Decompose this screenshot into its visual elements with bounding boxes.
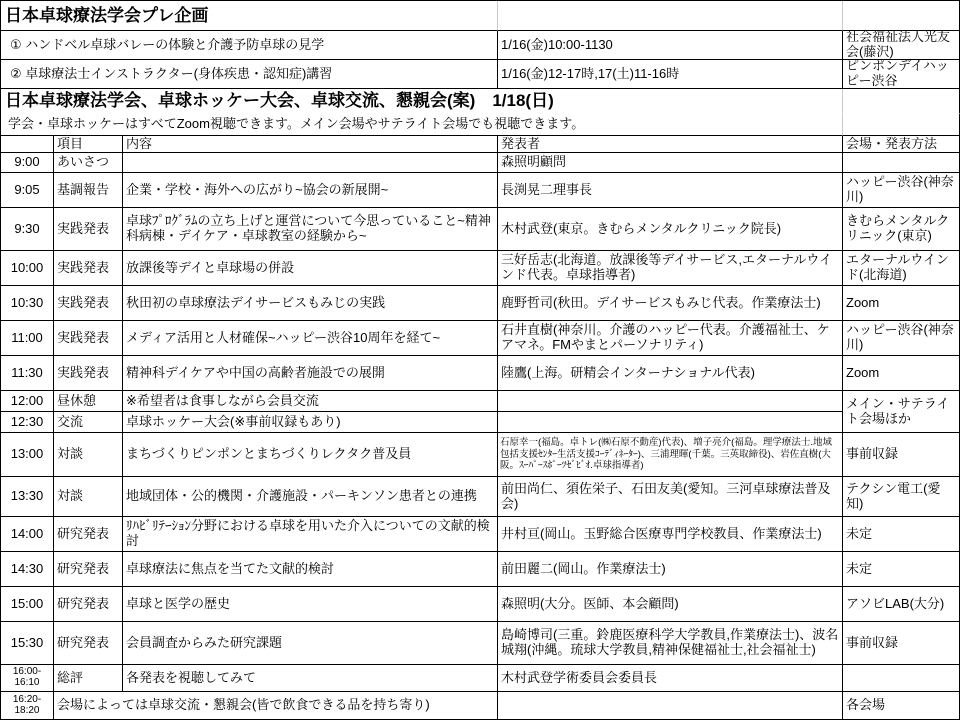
venue-cell: エターナルウインド(北海道) xyxy=(843,251,960,286)
pre-item-content: ② 卓球療法士インストラクター(身体疾患・認知症)講習 xyxy=(1,60,498,89)
pre-item-venue: ピンポンデイハッピー渋谷 xyxy=(843,60,960,89)
item-cell: 実践発表 xyxy=(54,208,123,251)
venue-cell: 各会場 xyxy=(843,692,960,720)
content-cell: 精神科デイケアや中国の高齢者施設での展開 xyxy=(123,356,498,391)
venue-cell: きむらメンタルクリニック(東京) xyxy=(843,208,960,251)
time-cell: 14:00 xyxy=(1,517,54,552)
item-cell: 研究発表 xyxy=(54,552,123,587)
presenter-cell: 森照明顧問 xyxy=(498,153,843,173)
item-cell: 実践発表 xyxy=(54,321,123,356)
time-cell: 9:00 xyxy=(1,153,54,173)
content-cell: 卓球ﾌﾟﾛｸﾞﾗﾑの立ち上げと運営について今思っていること~精神科病棟・デイケア… xyxy=(123,208,498,251)
venue-cell xyxy=(843,153,960,173)
venue-cell: Zoom xyxy=(843,286,960,321)
item-cell: 実践発表 xyxy=(54,251,123,286)
pre-title-spacer-1 xyxy=(498,1,843,31)
time-cell: 9:30 xyxy=(1,208,54,251)
content-cell: ※希望者は食事しながら会員交流 xyxy=(123,391,498,412)
venue-cell: アソビLAB(大分) xyxy=(843,587,960,622)
schedule-sheet: 日本卓球療法学会プレ企画 ① ハンドベル卓球バレーの体験と介護予防卓球の見学 1… xyxy=(0,0,960,720)
content-cell: 卓球と医学の歴史 xyxy=(123,587,498,622)
venue-cell: テクシン電工(愛知) xyxy=(843,477,960,517)
venue-cell-merged: メイン・サテライト会場ほか xyxy=(843,391,960,433)
presenter-cell: 島崎博司(三重。鈴鹿医療科学大学教員,作業療法士)、波名城翔(沖縄。琉球大学教員… xyxy=(498,622,843,665)
pre-program-title: 日本卓球療法学会プレ企画 xyxy=(1,1,498,31)
time-cell: 14:30 xyxy=(1,552,54,587)
presenter-cell: 前田麗二(岡山。作業療法士) xyxy=(498,552,843,587)
pre-item-content: ① ハンドベル卓球バレーの体験と介護予防卓球の見学 xyxy=(1,31,498,60)
content-cell: 放課後等デイと卓球場の併設 xyxy=(123,251,498,286)
presenter-cell: 陸鷹(上海。研精会インターナショナル代表) xyxy=(498,356,843,391)
content-cell: 卓球療法に焦点を当てた文献的検討 xyxy=(123,552,498,587)
content-cell-merged: 会場によっては卓球交流・懇親会(皆で飲食できる品を持ち寄り) xyxy=(54,692,498,720)
item-cell: 対談 xyxy=(54,477,123,517)
venue-cell xyxy=(843,665,960,692)
pre-item-schedule: 1/16(金)10:00-1130 xyxy=(498,31,843,60)
time-cell: 12:30 xyxy=(1,412,54,433)
content-cell: 企業・学校・海外への広がり~協会の新展開~ xyxy=(123,173,498,208)
presenter-cell: 井村亘(岡山。玉野総合医療専門学校教員、作業療法士) xyxy=(498,517,843,552)
note-spacer xyxy=(843,114,960,136)
presenter-cell: 石原幸一(福島。卓トレ(㈱石原不動産)代表)、増子亮介(福島。理学療法士.地域包… xyxy=(498,433,843,477)
time-cell: 13:00 xyxy=(1,433,54,477)
content-cell xyxy=(123,153,498,173)
presenter-cell: 前田尚仁、須佐栄子、石田友美(愛知。三河卓球療法普及会) xyxy=(498,477,843,517)
item-cell: あいさつ xyxy=(54,153,123,173)
time-cell: 13:30 xyxy=(1,477,54,517)
column-header-time xyxy=(1,136,54,153)
column-header-presenter: 発表者 xyxy=(498,136,843,153)
item-cell: 総評 xyxy=(54,665,123,692)
pre-item-venue: 社会福祉法人光友会(藤沢) xyxy=(843,31,960,60)
content-cell: 各発表を視聴してみて xyxy=(123,665,498,692)
main-event-title: 日本卓球療法学会、卓球ホッケー大会、卓球交流、懇親会(案) 1/18(日) xyxy=(1,89,843,114)
venue-cell: ハッピー渋谷(神奈川) xyxy=(843,173,960,208)
time-cell: 10:00 xyxy=(1,251,54,286)
item-cell: 交流 xyxy=(54,412,123,433)
content-cell: メディア活用と人材確保~ハッピー渋谷10周年を経て~ xyxy=(123,321,498,356)
item-cell: 研究発表 xyxy=(54,622,123,665)
presenter-cell xyxy=(498,692,843,720)
item-cell: 実践発表 xyxy=(54,286,123,321)
time-cell: 11:30 xyxy=(1,356,54,391)
column-header-venue: 会場・発表方法 xyxy=(843,136,960,153)
venue-cell: ハッピー渋谷(神奈川) xyxy=(843,321,960,356)
presenter-cell: 森照明(大分。医師、本会顧問) xyxy=(498,587,843,622)
item-cell: 研究発表 xyxy=(54,587,123,622)
pre-title-spacer-2 xyxy=(843,1,960,31)
time-cell: 15:00 xyxy=(1,587,54,622)
item-cell: 対談 xyxy=(54,433,123,477)
content-cell: 地域団体・公的機関・介護施設・パーキンソン患者との連携 xyxy=(123,477,498,517)
content-cell: 会員調査からみた研究課題 xyxy=(123,622,498,665)
venue-cell: 事前収録 xyxy=(843,433,960,477)
item-cell: 研究発表 xyxy=(54,517,123,552)
column-header-content: 内容 xyxy=(123,136,498,153)
main-title-spacer xyxy=(843,89,960,114)
presenter-cell: 鹿野哲司(秋田。デイサービスもみじ代表。作業療法士) xyxy=(498,286,843,321)
item-cell: 基調報告 xyxy=(54,173,123,208)
venue-cell: 未定 xyxy=(843,552,960,587)
time-cell: 10:30 xyxy=(1,286,54,321)
venue-cell: 事前収録 xyxy=(843,622,960,665)
zoom-viewing-note: 学会・卓球ホッケーはすべてZoom視聴できます。メイン会場やサテライト会場でも視… xyxy=(1,114,843,136)
time-cell: 16:20- 18:20 xyxy=(1,692,54,720)
presenter-cell: 石井直樹(神奈川。介護のハッピー代表。介護福祉士、ケアマネ。FMやまとパーソナリ… xyxy=(498,321,843,356)
venue-cell: 未定 xyxy=(843,517,960,552)
item-cell: 昼休憩 xyxy=(54,391,123,412)
presenter-cell: 三好岳志(北海道。放課後等デイサービス,エターナルウインド代表。卓球指導者) xyxy=(498,251,843,286)
presenter-cell: 木村武登学術委員会委員長 xyxy=(498,665,843,692)
presenter-cell xyxy=(498,391,843,412)
time-cell: 16:00- 16:10 xyxy=(1,665,54,692)
presenter-cell xyxy=(498,412,843,433)
content-cell: まちづくりピンポンとまちづくりレクタク普及員 xyxy=(123,433,498,477)
column-header-item: 項目 xyxy=(54,136,123,153)
item-cell: 実践発表 xyxy=(54,356,123,391)
time-cell: 9:05 xyxy=(1,173,54,208)
content-cell: 秋田初の卓球療法デイサービスもみじの実践 xyxy=(123,286,498,321)
time-cell: 12:00 xyxy=(1,391,54,412)
presenter-cell: 木村武登(東京。きむらメンタルクリニック院長) xyxy=(498,208,843,251)
pre-item-schedule: 1/16(金)12-17時,17(土)11-16時 xyxy=(498,60,843,89)
content-cell: 卓球ホッケー大会(※事前収録もあり) xyxy=(123,412,498,433)
time-cell: 11:00 xyxy=(1,321,54,356)
content-cell: ﾘﾊﾋﾞﾘﾃｰｼｮﾝ分野における卓球を用いた介入についての文献的検討 xyxy=(123,517,498,552)
venue-cell: Zoom xyxy=(843,356,960,391)
presenter-cell: 長渕晃二理事長 xyxy=(498,173,843,208)
time-cell: 15:30 xyxy=(1,622,54,665)
